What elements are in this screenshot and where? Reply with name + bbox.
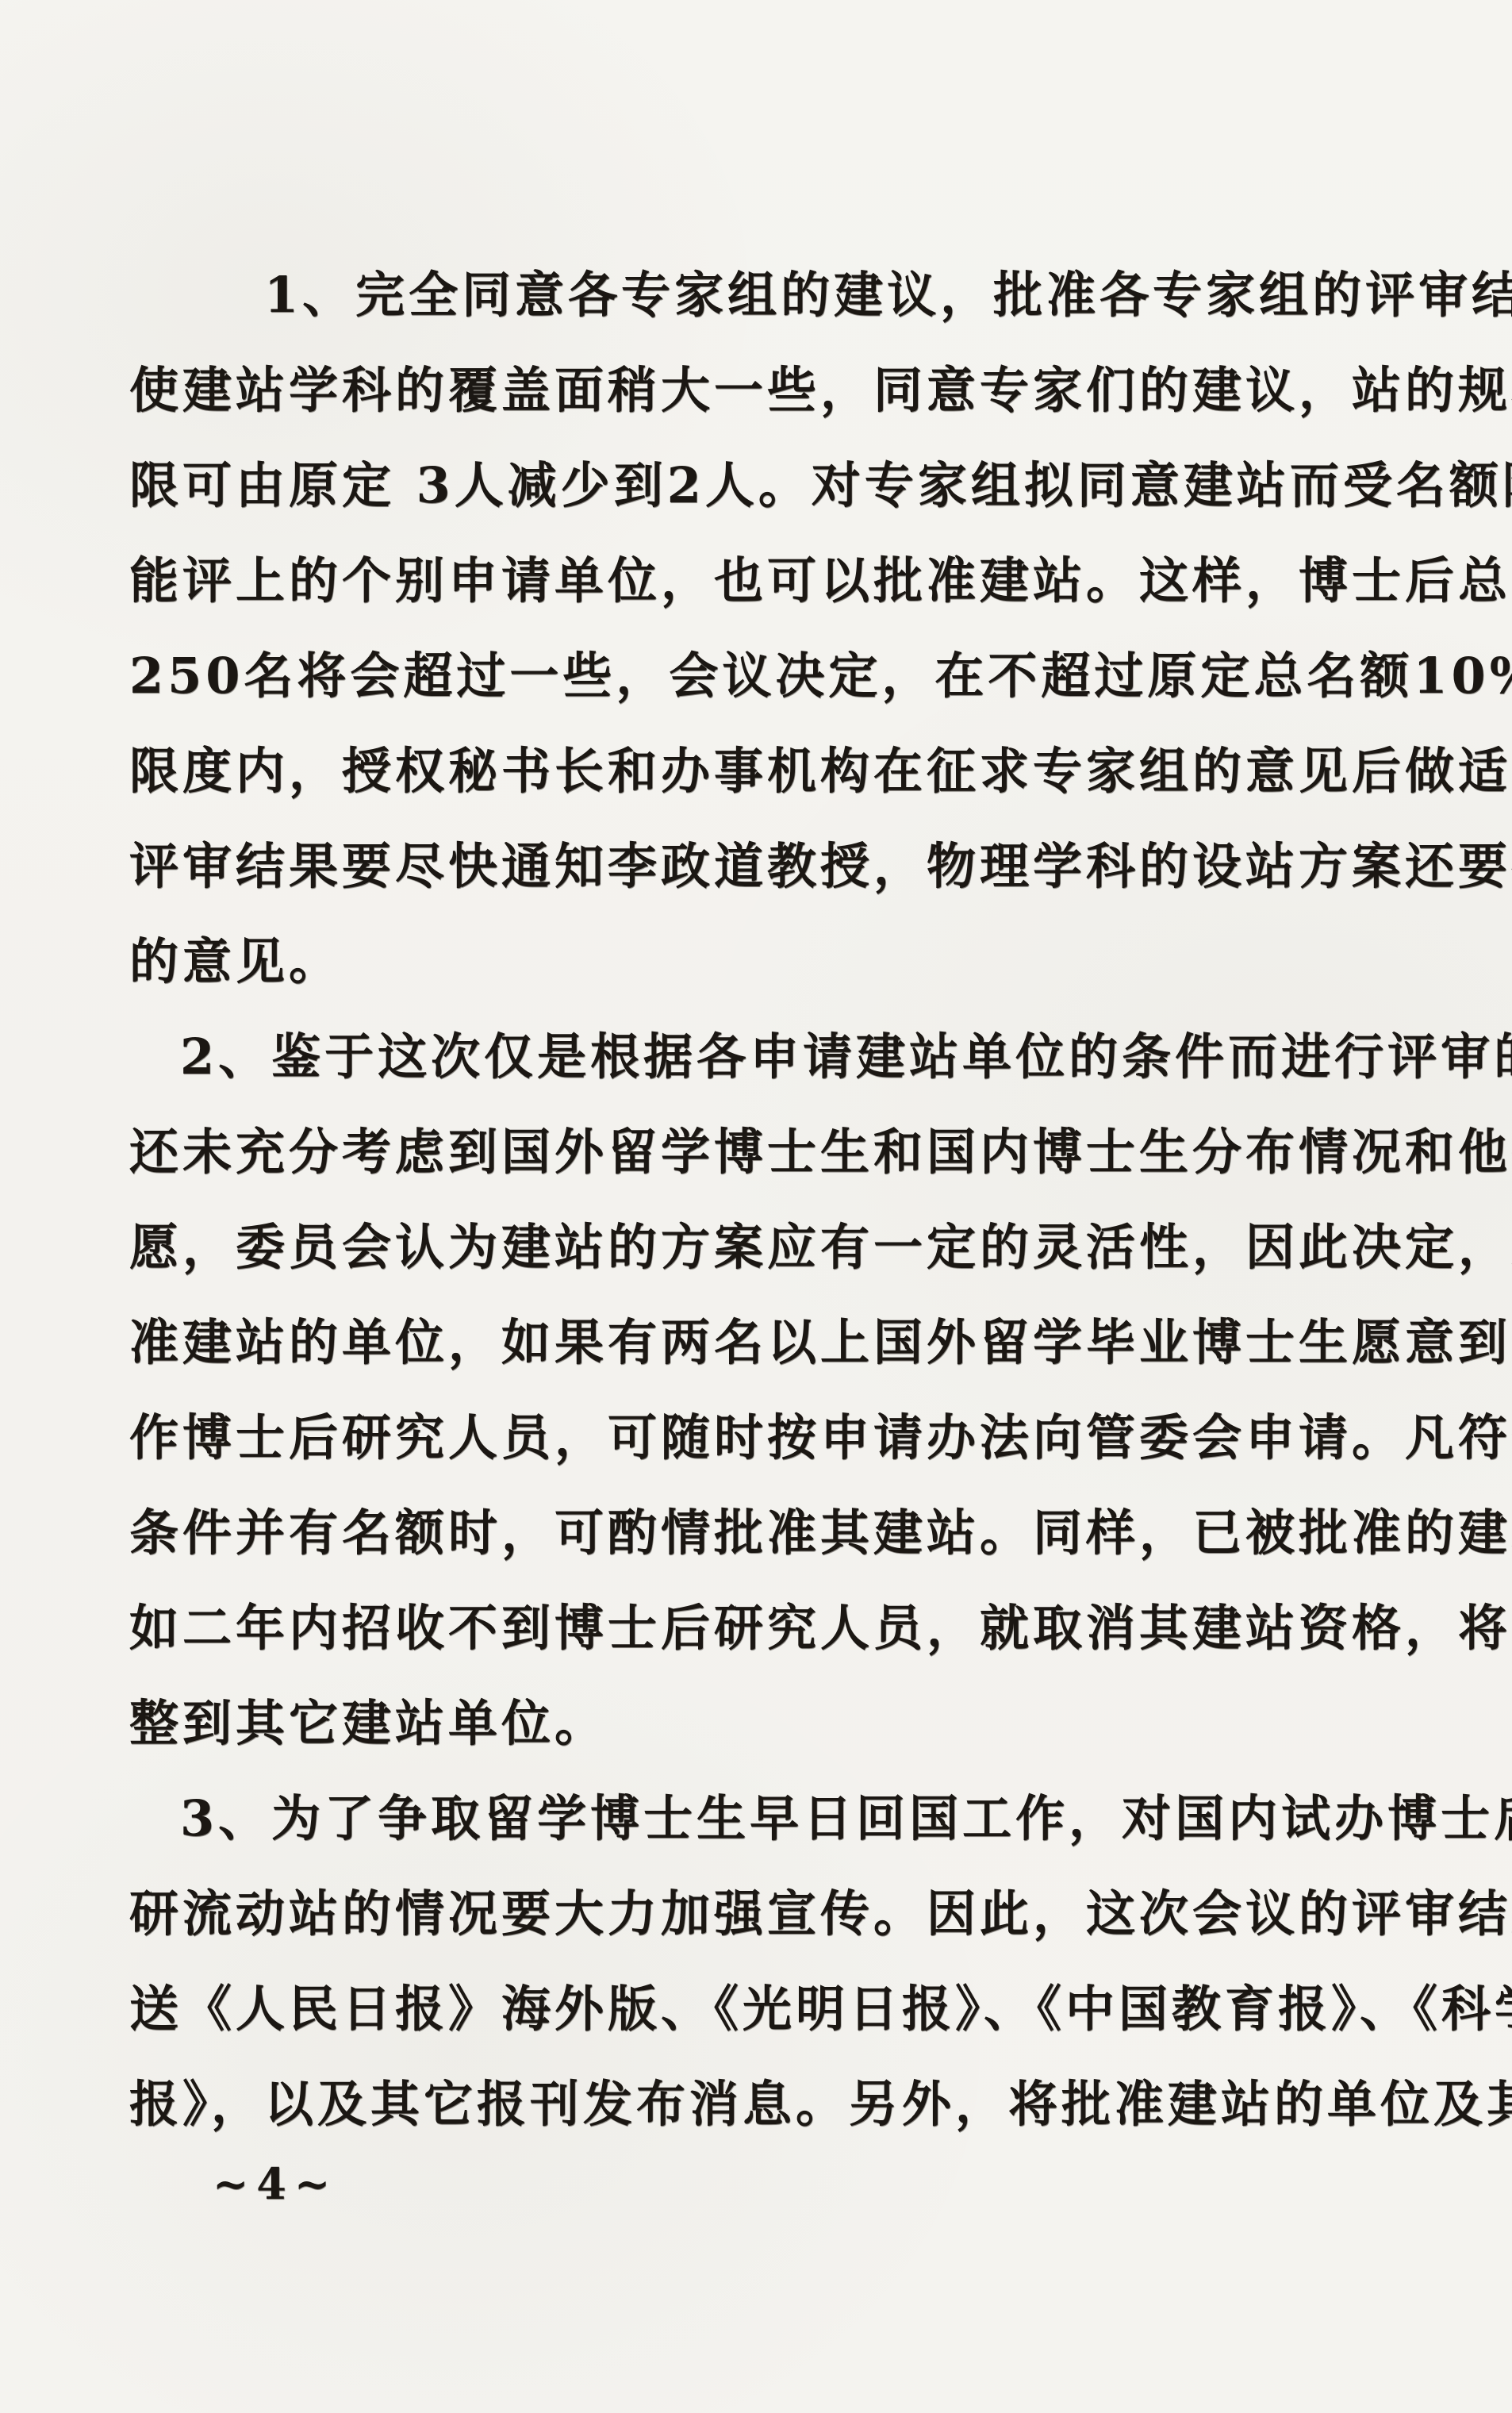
text-line: 能评上的个别申请单位，也可以批准建站。这样，博士后总名额 xyxy=(129,533,1446,628)
text-line: 报》，以及其它报刊发布消息。另外，将批准建站的单位及其学科， xyxy=(129,2057,1446,2152)
text-line: 2、鉴于这次仅是根据各申请建站单位的条件而进行评审的， xyxy=(129,1009,1446,1105)
text-line: 作博士后研究人员，可随时按申请办法向管委会申请。凡符合建站 xyxy=(129,1390,1446,1485)
text-line: 评审结果要尽快通知李政道教授，物理学科的设站方案还要征询他 xyxy=(129,819,1446,914)
text-line: 3、为了争取留学博士生早日回国工作，对国内试办博士后科 xyxy=(129,1771,1446,1866)
document-body: 1、完全同意各专家组的建议，批准各专家组的评审结果。为 使建站学科的覆盖面稍大一… xyxy=(129,248,1446,2152)
text-line: 条件并有名额时，可酌情批准其建站。同样，已被批准的建站单位， xyxy=(129,1485,1446,1581)
page-number: ~4~ xyxy=(213,2152,338,2215)
text-line: 还未充分考虑到国外留学博士生和国内博士生分布情况和他们的意 xyxy=(129,1105,1446,1200)
text-line: 整到其它建站单位。 xyxy=(129,1676,1446,1771)
text-line: 限可由原定 3人减少到2人。对专家组拟同意建站而受名额限制未 xyxy=(129,438,1446,533)
text-line: 准建站的单位，如果有两名以上国外留学毕业博士生愿意到该单位 xyxy=(129,1295,1446,1390)
text-line: 研流动站的情况要大力加强宣传。因此，这次会议的评审结果，要 xyxy=(129,1866,1446,1962)
text-line: 如二年内招收不到博士后研究人员，就取消其建站资格，将名额调 xyxy=(129,1581,1446,1676)
text-line: 250名将会超过一些，会议决定，在不超过原定总名额10%的 xyxy=(129,628,1446,724)
text-line: 的意见。 xyxy=(129,914,1446,1009)
scanned-document-page: 1、完全同意各专家组的建议，批准各专家组的评审结果。为 使建站学科的覆盖面稍大一… xyxy=(0,0,1512,2413)
text-line: 限度内，授权秘书长和办事机构在征求专家组的意见后做适当调整。 xyxy=(129,724,1446,819)
text-line: 1、完全同意各专家组的建议，批准各专家组的评审结果。为 xyxy=(129,248,1446,343)
text-line: 愿，委员会认为建站的方案应有一定的灵活性，因此决定，未被批 xyxy=(129,1200,1446,1295)
text-line: 送《人民日报》海外版、《光明日报》、《中国教育报》、《科学 xyxy=(129,1962,1446,2057)
text-line: 使建站学科的覆盖面稍大一些，同意专家们的建议，站的规模的下 xyxy=(129,343,1446,438)
